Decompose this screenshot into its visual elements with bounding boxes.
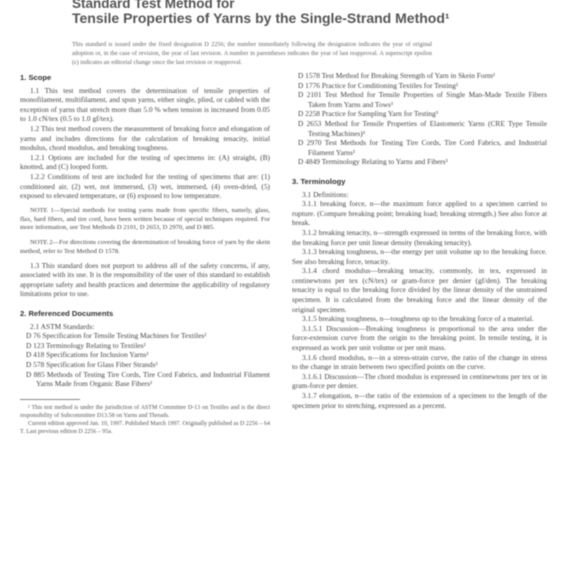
definition: 3.1.5 breaking toughness, n—toughness up…	[292, 314, 547, 324]
subheading: 3.1 Definitions:	[292, 190, 547, 200]
paragraph: 1.1 This test method covers the determin…	[20, 86, 270, 124]
preamble-notice: This standard is issued under the fixed …	[72, 40, 432, 67]
definition: 3.1.6 chord modulus, n—in a stress-strai…	[292, 353, 547, 372]
section-1-heading: 1. Scope	[20, 73, 270, 83]
left-column: 1. Scope 1.1 This test method covers the…	[20, 71, 270, 436]
definition: 3.1.2 breaking tenacity, n—strength expr…	[292, 228, 547, 247]
document-page: Standard Test Method for Tensile Propert…	[0, 0, 570, 570]
definition: 3.1.3 breaking toughness, n—the energy p…	[292, 247, 547, 266]
note-2: NOTE 2—For directions covering the deter…	[20, 239, 270, 257]
section-3-heading: 3. Terminology	[292, 177, 547, 187]
paragraph: 1.2.1 Options are included for the testi…	[20, 153, 270, 172]
reference-item: D 1578 Test Method for Breaking Strength…	[292, 71, 547, 81]
title-line-2: Tensile Properties of Yarns by the Singl…	[72, 11, 492, 26]
subheading: 2.1 ASTM Standards:	[20, 322, 270, 332]
footnote: Current edition approved Jan. 10, 1997. …	[20, 420, 270, 436]
note-1: NOTE 1—Special methods for testing yarns…	[20, 207, 270, 233]
reference-item: D 578 Specification for Glass Fiber Stra…	[20, 360, 270, 370]
reference-item: D 2970 Test Methods for Testing Tire Cor…	[292, 138, 547, 157]
reference-item: D 2101 Test Method for Tensile Propertie…	[292, 90, 547, 109]
definition: 3.1.5.1 Discussion—Breaking toughness is…	[292, 324, 547, 353]
footnote: ¹ This test method is under the jurisdic…	[20, 404, 270, 420]
definition: 3.1.7 elongation, n—the ratio of the ext…	[292, 391, 547, 410]
reference-item: D 4849 Terminology Relating to Yarns and…	[292, 157, 547, 167]
reference-item: D 1776 Practice for Conditioning Textile…	[292, 81, 547, 91]
right-column: D 1578 Test Method for Breaking Strength…	[292, 71, 547, 410]
reference-item: D 885 Methods of Testing Tire Cords, Tir…	[20, 370, 270, 389]
document-title: Standard Test Method for Tensile Propert…	[72, 0, 492, 26]
paragraph: 1.2 This test method covers the measurem…	[20, 124, 270, 153]
reference-item: D 76 Specification for Tensile Testing M…	[20, 331, 270, 341]
reference-item: D 418 Specifications for Inclusion Yarns…	[20, 350, 270, 360]
reference-item: D 123 Terminology Relating to Textiles²	[20, 341, 270, 351]
paragraph: 1.3 This standard does not purport to ad…	[20, 261, 270, 299]
definition: 3.1.4 chord modulus—breaking tenacity, c…	[292, 266, 547, 314]
section-2-heading: 2. Referenced Documents	[20, 309, 270, 319]
definition: 3.1.6.1 Discussion—The chord modulus is …	[292, 372, 547, 391]
reference-item: D 2653 Method for Tensile Properties of …	[292, 119, 547, 138]
paragraph: 1.2.2 Conditions of test are included fo…	[20, 172, 270, 201]
footnote-divider	[20, 399, 80, 400]
definition: 3.1.1 breaking force, n—the maximum forc…	[292, 199, 547, 228]
reference-item: D 2258 Practice for Sampling Yarn for Te…	[292, 109, 547, 119]
